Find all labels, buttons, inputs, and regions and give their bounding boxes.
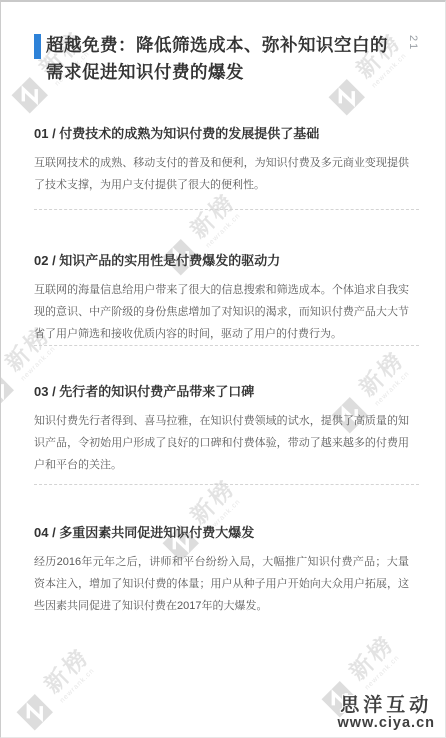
page-content: 超越免费：降低筛选成本、弥补知识空白的需求促进知识付费的爆发 21 01 / 付… <box>1 2 445 737</box>
section-02-body: 互联网的海量信息给用户带来了很大的信息搜索和筛选成本。个体追求自我实现的意识、中… <box>34 279 409 345</box>
agency-name: 思洋互动 <box>338 696 436 716</box>
section-01: 01 / 付费技术的成熟为知识付费的发展提供了基础 互联网技术的成熟、移动支付的… <box>34 125 409 196</box>
section-04: 04 / 多重因素共同促进知识付费大爆发 经历2016年元年之后，讲师和平台纷纷… <box>34 524 409 617</box>
section-01-heading: 01 / 付费技术的成熟为知识付费的发展提供了基础 <box>34 125 409 142</box>
page-number: 21 <box>407 35 419 51</box>
section-03-heading: 03 / 先行者的知识付费产品带来了口碑 <box>34 383 409 400</box>
section-divider <box>34 209 419 210</box>
section-03-body: 知识付费先行者得到、喜马拉雅，在知识付费领域的试水，提供了高质量的知识产品，令初… <box>34 410 409 476</box>
section-04-heading: 04 / 多重因素共同促进知识付费大爆发 <box>34 524 409 541</box>
section-01-body: 互联网技术的成熟、移动支付的普及和便利，为知识付费及多元商业变现提供了技术支撑，… <box>34 152 409 196</box>
section-04-body: 经历2016年元年之后，讲师和平台纷纷入局，大幅推广知识付费产品；大量资本注入，… <box>34 551 409 617</box>
agency-url: www.ciya.cn <box>338 716 436 731</box>
title-accent-bar <box>34 34 41 59</box>
page-title: 超越免费：降低筛选成本、弥补知识空白的需求促进知识付费的爆发 <box>46 32 402 86</box>
agency-watermark: 思洋互动 www.ciya.cn <box>338 696 436 731</box>
section-03: 03 / 先行者的知识付费产品带来了口碑 知识付费先行者得到、喜马拉雅，在知识付… <box>34 383 409 476</box>
section-02-heading: 02 / 知识产品的实用性是付费爆发的驱动力 <box>34 252 409 269</box>
title-block: 超越免费：降低筛选成本、弥补知识空白的需求促进知识付费的爆发 <box>34 32 402 86</box>
section-02: 02 / 知识产品的实用性是付费爆发的驱动力 互联网的海量信息给用户带来了很大的… <box>34 252 409 345</box>
section-divider <box>34 345 419 346</box>
report-page: 新榜 newrank.cn 新榜 newrank.cn 新榜 newrank.c… <box>0 0 446 738</box>
section-divider <box>34 484 419 485</box>
